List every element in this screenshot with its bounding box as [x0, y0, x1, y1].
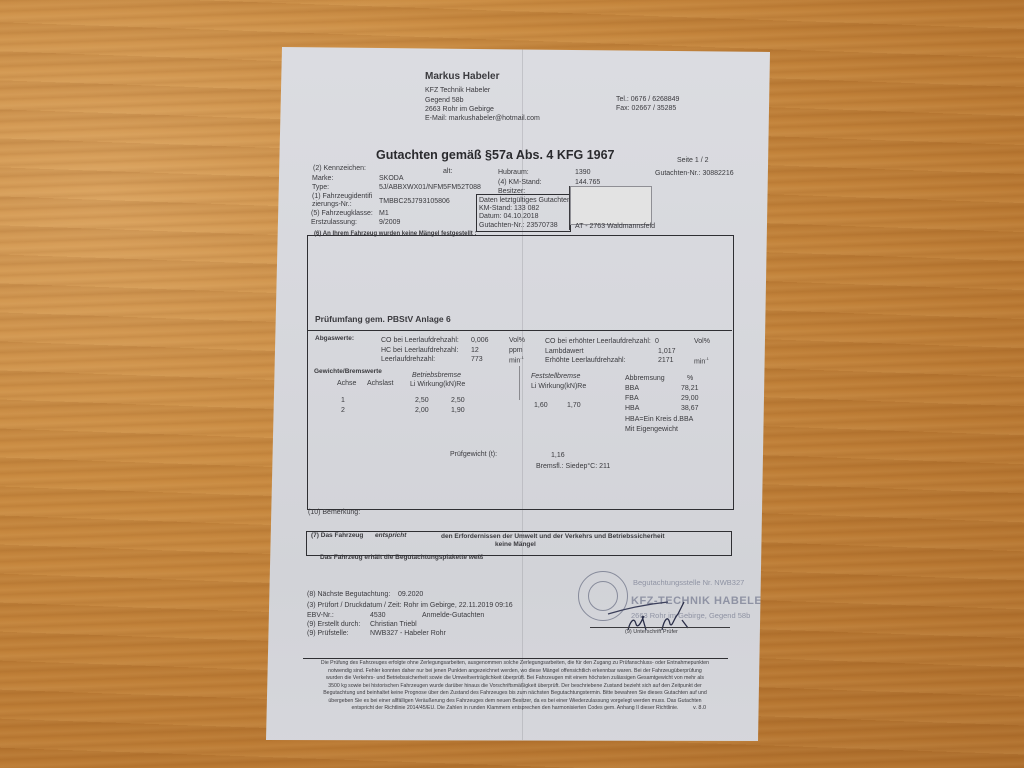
erstzulassung-label: Erstzulassung: — [311, 219, 357, 226]
bb-left: 2,00 — [415, 407, 429, 414]
result-label: (7) Das Fahrzeug — [311, 533, 363, 540]
last-report-title: Daten letztgültiges Gutachten: — [479, 197, 573, 204]
exhaust-row-unit: Vol% — [509, 337, 525, 344]
stamp-line-1: Begutachtungsstelle Nr. NWB327 — [633, 579, 744, 587]
pruefort: (3) Prüfort / Druckdatum / Zeit: Rohr im… — [307, 602, 513, 609]
fineprint-text: Die Prüfung des Fahrzeuges erfolgte ohne… — [285, 660, 745, 713]
exhaust-row-label: Erhöhte Leerlaufdrehzahl: — [545, 357, 626, 364]
fineprint-line: übergeben Sie es bei einer allfälligen V… — [285, 698, 745, 706]
ebv-value: 4530 — [370, 612, 386, 619]
bb-right: 2,50 — [451, 397, 465, 404]
issuer-company: KFZ Technik Habeler — [425, 87, 490, 94]
erstellt-label: (9) Erstellt durch: — [307, 621, 360, 628]
page-number: Seite 1 / 2 — [677, 157, 709, 164]
klasse-label: (5) Fahrzeugklasse: — [311, 210, 373, 217]
ebv-label: EBV-Nr.: — [307, 612, 334, 619]
hubraum-value: 1390 — [575, 169, 591, 176]
exhaust-row-label: HC bei Leerlaufdrehzahl: — [381, 347, 458, 354]
document-paper: Markus Habeler KFZ Technik Habeler Gegen… — [0, 0, 1024, 768]
bemerkung-label: (10) Bemerkung: — [308, 509, 360, 516]
eigengewicht-note: Mit Eigengewicht — [625, 426, 678, 433]
abbremsung-label: HBA — [625, 405, 639, 412]
issuer-email: E-Mail: markushabeler@hotmail.com — [425, 115, 540, 122]
col-achslast: Achslast — [367, 380, 393, 387]
type-label: Type: — [312, 184, 329, 191]
fineprint-line: Begutachtung und beinhaltet keine Progno… — [285, 690, 745, 698]
exhaust-row-label: Lambdawert — [545, 348, 584, 355]
issuer-city: 2663 Rohr im Gebirge — [425, 106, 494, 113]
abbremsung-header: Abbremsung — [625, 375, 665, 382]
fin-label-1: (1) Fahrzeugidentifi — [312, 193, 372, 200]
redacted-owner-field — [570, 186, 652, 225]
next-inspection-value: 09.2020 — [398, 591, 423, 598]
erstzulassung-value: 9/2009 — [379, 219, 400, 226]
hubraum-label: Hubraum: — [498, 169, 529, 176]
issuer-tel: Tel.: 0676 / 6268849 — [616, 96, 679, 103]
marke-label: Marke: — [312, 175, 333, 182]
fb-right: 1,70 — [567, 402, 581, 409]
abbremsung-value: 78,21 — [681, 385, 699, 392]
ebv-type: Anmelde-Gutachten — [422, 612, 484, 619]
owner-divider — [569, 186, 570, 230]
fb-left: 1,60 — [534, 402, 548, 409]
result-text: den Erfordernissen der Umwelt und der Ve… — [441, 534, 665, 541]
brake-divider — [519, 366, 520, 400]
percent-header: % — [687, 375, 693, 382]
klasse-value: M1 — [379, 210, 389, 217]
bb-right: 1,90 — [451, 407, 465, 414]
siedepunkt: Bremsfl.: Siedep°C: 211 — [536, 463, 610, 470]
version: v. 8.0 — [693, 706, 706, 712]
last-report-number: Gutachten-Nr.: 23570738 — [479, 222, 558, 229]
plakette-color: weiß — [469, 554, 483, 561]
abbremsung-label: FBA — [625, 395, 639, 402]
report-number: Gutachten-Nr.: 30882216 — [655, 170, 734, 177]
fineprint-line: notwendig sind. Fehler konnten daher nur… — [285, 668, 745, 676]
exhaust-row-unit: min-1 — [509, 356, 524, 364]
abbremsung-label: BBA — [625, 385, 639, 392]
plakette-label: Das Fahrzeug erhält die Begutachtungspla… — [320, 554, 467, 561]
exhaust-row-unit: ppm — [509, 347, 523, 354]
marke-value: SKODA — [379, 175, 404, 182]
bb-wirkung-header: Li Wirkung(kN)Re — [410, 381, 465, 388]
col-achse: Achse — [337, 380, 356, 387]
last-report-date: Datum: 04.10.2018 — [479, 213, 539, 220]
pruefgewicht-value: 1,16 — [551, 452, 565, 459]
fineprint-line: 3500 kg sowie bei historischen Fahrzeuge… — [285, 683, 745, 691]
brakes-label: Gewichte/Bremswerte — [314, 369, 382, 376]
exhaust-row-value: 773 — [471, 356, 483, 363]
type-value: 5J/ABBXWX01/NFM5FM52T088 — [379, 184, 481, 191]
signature-icon — [598, 594, 718, 634]
issuer-street: Gegend 58b — [425, 97, 464, 104]
hba-note: HBA=Ein Kreis d.BBA — [625, 416, 693, 423]
abbremsung-value: 29,00 — [681, 395, 699, 402]
result-defects: keine Mängel — [495, 542, 536, 549]
fineprint-line: wurden die Verkehrs- und Betriebssicherh… — [285, 675, 745, 683]
exhaust-row-label: CO bei erhöhter Leerlaufdrehzahl: — [545, 338, 651, 345]
pruefstelle-label: (9) Prüfstelle: — [307, 630, 349, 637]
kennzeichen-label: (2) Kennzeichen: — [313, 165, 366, 172]
exhaust-row-value: 12 — [471, 347, 479, 354]
exhaust-row-label: CO bei Leerlaufdrehzahl: — [381, 337, 459, 344]
axle-number: 2 — [341, 407, 345, 414]
abbremsung-value: 38,67 — [681, 405, 699, 412]
exhaust-row-unit: min-1 — [694, 357, 709, 365]
signature-line — [590, 627, 730, 628]
alt-label: alt: — [443, 168, 452, 175]
fineprint-line: entspricht der Richtlinie 2014/45/EU. Di… — [285, 705, 745, 713]
fineprint-line: Die Prüfung des Fahrzeuges erfolgte ohne… — [285, 660, 745, 668]
km-label: (4) KM-Stand: — [498, 179, 542, 186]
scope-heading: Prüfumfang gem. PBStV Anlage 6 — [315, 315, 451, 324]
scope-divider — [308, 330, 732, 331]
result-status: entspricht — [375, 533, 406, 540]
axle-number: 1 — [341, 397, 345, 404]
document-title: Gutachten gemäß §57a Abs. 4 KFG 1967 — [376, 149, 615, 162]
exhaust-label: Abgaswerte: — [315, 336, 354, 343]
exhaust-row-unit: Vol% — [694, 338, 710, 345]
km-value: 144.765 — [575, 179, 600, 186]
exhaust-row-label: Leerlaufdrehzahl: — [381, 356, 435, 363]
besitzer-address: AT - 2763 Waldmannsfeld — [575, 223, 655, 230]
feststellbremse-header: Feststellbremse — [531, 373, 580, 380]
pruefstelle-value: NWB327 - Habeler Rohr — [370, 630, 446, 637]
fb-wirkung-header: Li Wirkung(kN)Re — [531, 383, 586, 390]
last-report-km: KM-Stand: 133 082 — [479, 205, 539, 212]
pruefgewicht-label: Prüfgewicht (t): — [450, 451, 497, 458]
fin-label-2: zierungs-Nr.: — [312, 201, 352, 208]
exhaust-row-value: 0 — [655, 338, 659, 345]
defects-heading: (6) An Ihrem Fahrzeug wurden keine Mänge… — [314, 231, 476, 237]
issuer-fax: Fax: 02667 / 35285 — [616, 105, 676, 112]
signature-label: (9) Unterschrift Prüfer — [625, 630, 678, 636]
issuer-name: Markus Habeler — [425, 72, 499, 82]
plakette-text: Das Fahrzeug erhält die Begutachtungspla… — [320, 555, 483, 562]
exhaust-row-value: 2171 — [658, 357, 674, 364]
fineprint-divider — [303, 658, 728, 659]
betriebsbremse-header: Betriebsbremse — [412, 372, 461, 379]
erstellt-value: Christian Triebl — [370, 621, 417, 628]
exhaust-row-value: 1,017 — [658, 348, 676, 355]
fin-value: TMBBC25J793105806 — [379, 198, 450, 205]
bb-left: 2,50 — [415, 397, 429, 404]
next-inspection-label: (8) Nächste Begutachtung: — [307, 591, 390, 598]
exhaust-row-value: 0,006 — [471, 337, 489, 344]
